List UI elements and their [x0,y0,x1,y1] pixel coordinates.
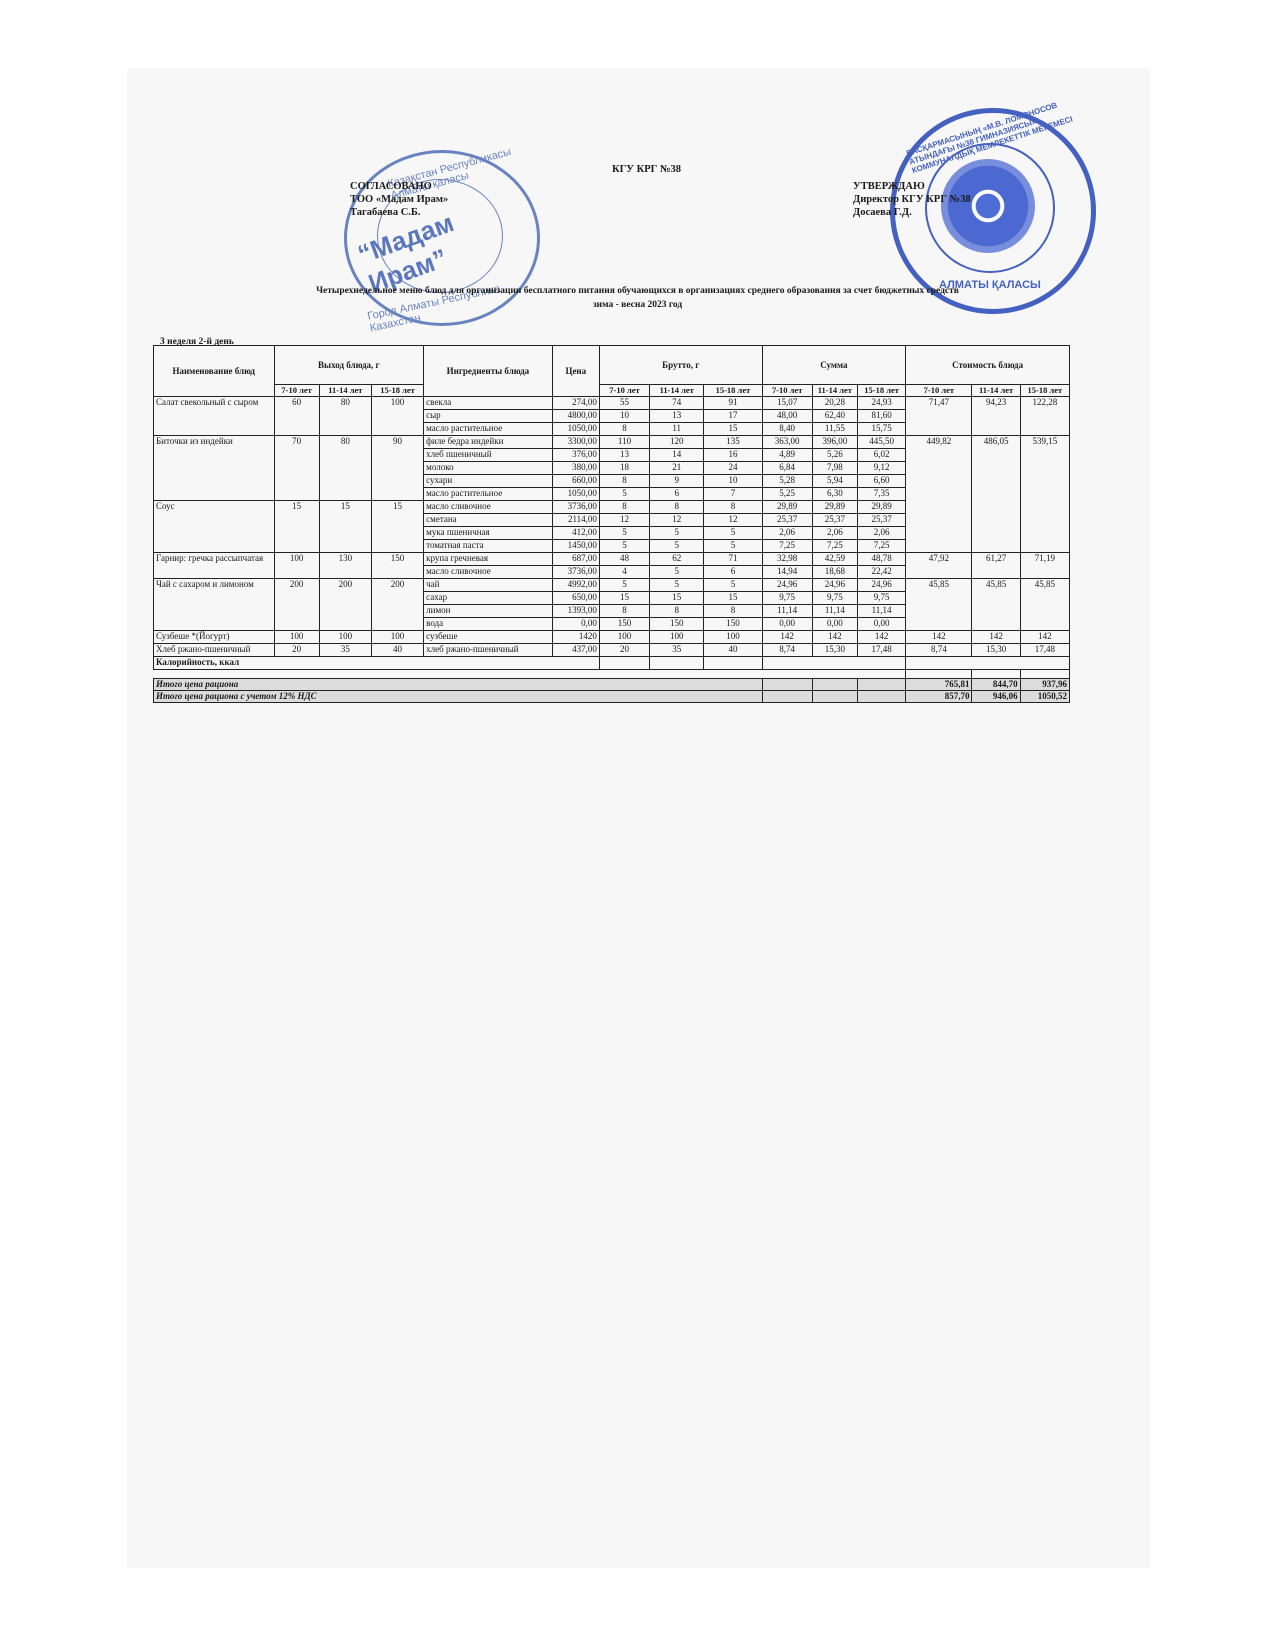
ingredient-brutto: 15 [704,423,762,436]
ingredient-brutto: 120 [650,436,704,449]
spacer-row [154,670,1070,679]
ingredient-sum: 62,40 [812,410,857,423]
ingredient-name: вода [424,618,553,631]
ingredient-sum: 2,06 [812,527,857,540]
ingredient-brutto: 100 [599,631,649,644]
dish-yield: 200 [319,579,371,631]
ingredient-sum: 20,28 [812,397,857,410]
ingredient-price: 1393,00 [552,605,599,618]
ingredient-brutto: 17 [704,410,762,423]
ingredient-price: 0,00 [552,618,599,631]
ingredient-sum: 8,40 [762,423,812,436]
ingredient-name: масло растительное [424,423,553,436]
spacer-cell [154,670,906,679]
table-row: Салат свекольный с сыром6080100свекла274… [154,397,1070,410]
ingredient-name: лимон [424,605,553,618]
ingredient-brutto: 6 [650,488,704,501]
header-sum: Сумма [762,346,906,385]
ingredient-brutto: 12 [650,514,704,527]
total-vat-row-label: Итого цена рациона с учетом 12% НДС [154,691,763,703]
dish-name: Салат свекольный с сыром [154,397,275,436]
header-row: Наименование блюдВыход блюда, гИнгредиен… [154,346,1070,385]
ingredient-sum: 25,37 [857,514,905,527]
ingredient-brutto: 55 [599,397,649,410]
ingredient-price: 274,00 [552,397,599,410]
ingredient-sum: 7,98 [812,462,857,475]
document-title: Четырехнедельное меню блюд для организац… [130,284,1145,312]
ingredient-price: 412,00 [552,527,599,540]
total-row-value: 844,70 [972,679,1020,691]
ingredient-sum: 29,89 [762,501,812,514]
dish-yield: 150 [371,553,423,579]
total-vat-row-empty [857,691,905,703]
ingredient-sum: 32,98 [762,553,812,566]
ingredient-brutto: 100 [704,631,762,644]
ingredient-sum: 14,94 [762,566,812,579]
dish-cost: 71,47 [906,397,972,436]
spacer-cell [972,670,1020,679]
ingredient-sum: 15,30 [812,644,857,657]
dish-yield: 60 [274,397,319,436]
calories-label: Калорийность, ккал [154,657,600,670]
calories-cell [906,657,1070,670]
dish-cost: 45,85 [1020,579,1069,631]
ingredient-sum: 2,06 [762,527,812,540]
ingredient-brutto: 10 [704,475,762,488]
calories-cell [704,657,762,670]
header-cost: Стоимость блюда [906,346,1070,385]
ingredient-brutto: 8 [650,605,704,618]
ingredient-name: свекла [424,397,553,410]
ingredient-sum: 42,59 [812,553,857,566]
header-price: Цена [552,346,599,397]
ingredient-sum: 5,94 [812,475,857,488]
ingredient-brutto: 8 [599,501,649,514]
total-row-label: Итого цена рациона [154,679,763,691]
ingredient-sum: 7,35 [857,488,905,501]
dish-yield: 100 [319,631,371,644]
ingredient-sum: 6,02 [857,449,905,462]
calories-cell [599,657,649,670]
ingredient-brutto: 10 [599,410,649,423]
agreed-label: СОГЛАСОВАНО [350,180,448,193]
total-vat-row-empty [762,691,812,703]
dish-cost: 71,19 [1020,553,1069,579]
dish-name: Чай с сахаром и лимоном [154,579,275,631]
ingredient-sum: 18,68 [812,566,857,579]
ingredient-brutto: 5 [599,540,649,553]
ingredient-sum: 11,14 [762,605,812,618]
header-age: 11-14 лет [319,385,371,397]
ingredient-brutto: 5 [650,527,704,540]
title-line-2: зима - весна 2023 год [130,298,1145,312]
approved-block: УТВЕРЖДАЮ Директор КГУ КРГ №38 Досаева Г… [853,180,971,219]
ingredient-price: 660,00 [552,475,599,488]
dish-cost: 122,28 [1020,397,1069,436]
ingredient-price: 687,00 [552,553,599,566]
ingredient-sum: 0,00 [857,618,905,631]
dish-name: Соус [154,501,275,553]
ingredient-sum: 7,25 [812,540,857,553]
dish-cost: 142 [1020,631,1069,644]
ingredient-brutto: 150 [650,618,704,631]
ingredient-sum: 29,89 [857,501,905,514]
total-row: Итого цена рациона765,81844,70937,96 [154,679,1070,691]
dish-cost: 8,74 [906,644,972,657]
organization-name: КГУ КРГ №38 [612,163,681,176]
header-age: 11-14 лет [812,385,857,397]
header-age: 15-18 лет [371,385,423,397]
ingredient-brutto: 16 [704,449,762,462]
ingredient-sum: 15,75 [857,423,905,436]
approved-position: Директор КГУ КРГ №38 [853,193,971,206]
dish-cost: 94,23 [972,397,1020,436]
ingredient-price: 3736,00 [552,566,599,579]
dish-yield: 100 [371,631,423,644]
ingredient-sum: 25,37 [812,514,857,527]
ingredient-price: 1050,00 [552,488,599,501]
ingredient-sum: 4,89 [762,449,812,462]
table-row: Хлеб ржано-пшеничный203540хлеб ржано-пше… [154,644,1070,657]
dish-yield: 200 [371,579,423,631]
ingredient-sum: 11,55 [812,423,857,436]
total-vat-row-value: 857,70 [906,691,972,703]
ingredient-brutto: 91 [704,397,762,410]
ingredient-sum: 445,50 [857,436,905,449]
total-vat-row-value: 946,06 [972,691,1020,703]
ingredient-sum: 9,12 [857,462,905,475]
ingredient-brutto: 4 [599,566,649,579]
ingredient-name: молоко [424,462,553,475]
ingredient-sum: 24,96 [762,579,812,592]
ingredient-sum: 24,93 [857,397,905,410]
dish-name: Сузбеше *(Йогурт) [154,631,275,644]
ingredient-name: сузбеше [424,631,553,644]
ingredient-sum: 17,48 [857,644,905,657]
ingredient-brutto: 7 [704,488,762,501]
ingredient-brutto: 48 [599,553,649,566]
ingredient-brutto: 5 [599,527,649,540]
header-age: 11-14 лет [650,385,704,397]
dish-cost: 17,48 [1020,644,1069,657]
agreed-block: СОГЛАСОВАНО ТОО «Мадам Ирам» Тагабаева С… [350,180,448,219]
dish-cost: 61,27 [972,553,1020,579]
dish-yield: 20 [274,644,319,657]
ingredient-brutto: 15 [599,592,649,605]
total-row-empty [857,679,905,691]
ingredient-sum: 9,75 [762,592,812,605]
header-age: 7-10 лет [599,385,649,397]
total-row-value: 937,96 [1020,679,1069,691]
spacer-cell [906,670,972,679]
total-vat-row: Итого цена рациона с учетом 12% НДС857,7… [154,691,1070,703]
total-vat-row-value: 1050,52 [1020,691,1069,703]
ingredient-price: 4992,00 [552,579,599,592]
dish-yield: 100 [274,631,319,644]
ingredient-sum: 5,26 [812,449,857,462]
ingredient-brutto: 5 [704,540,762,553]
dish-cost: 45,85 [906,579,972,631]
spacer-cell [1020,670,1069,679]
ingredient-price: 2114,00 [552,514,599,527]
ingredient-brutto: 5 [650,540,704,553]
dish-cost: 15,30 [972,644,1020,657]
ingredient-brutto: 100 [650,631,704,644]
ingredient-sum: 9,75 [812,592,857,605]
dish-yield: 15 [371,501,423,553]
ingredient-sum: 7,25 [857,540,905,553]
header-age: 11-14 лет [972,385,1020,397]
header-age: 15-18 лет [1020,385,1069,397]
dish-cost: 142 [972,631,1020,644]
ingredient-brutto: 13 [650,410,704,423]
ingredient-brutto: 12 [704,514,762,527]
header-age: 7-10 лет [906,385,972,397]
ingredient-price: 650,00 [552,592,599,605]
ingredient-sum: 48,78 [857,553,905,566]
ingredient-brutto: 5 [599,488,649,501]
ingredient-brutto: 14 [650,449,704,462]
ingredient-sum: 6,30 [812,488,857,501]
ingredient-price: 1420 [552,631,599,644]
total-vat-row-empty [812,691,857,703]
dish-cost: 45,85 [972,579,1020,631]
dish-yield: 15 [319,501,371,553]
ingredient-sum: 7,25 [762,540,812,553]
dish-cost: 142 [906,631,972,644]
ingredient-price: 3300,00 [552,436,599,449]
ingredient-brutto: 12 [599,514,649,527]
ingredient-name: филе бедра индейки [424,436,553,449]
dish-cost: 47,92 [906,553,972,579]
ingredient-brutto: 8 [599,475,649,488]
header-ingredients: Ингредиенты блюда [424,346,553,397]
ingredient-sum: 29,89 [812,501,857,514]
ingredient-name: сухари [424,475,553,488]
table-row: Чай с сахаром и лимоном200200200чай4992,… [154,579,1070,592]
header-age: 15-18 лет [857,385,905,397]
total-row-value: 765,81 [906,679,972,691]
title-line-1: Четырехнедельное меню блюд для организац… [130,284,1145,298]
calories-cell [650,657,704,670]
ingredient-brutto: 135 [704,436,762,449]
agreed-person: Тагабаева С.Б. [350,206,448,219]
dish-name: Гарнир: гречка рассыпчатая [154,553,275,579]
ingredient-price: 3736,00 [552,501,599,514]
ingredient-price: 437,00 [552,644,599,657]
calories-cell [762,657,906,670]
ingredient-price: 1050,00 [552,423,599,436]
ingredient-name: масло сливочное [424,501,553,514]
ingredient-brutto: 24 [704,462,762,475]
ingredient-brutto: 15 [650,592,704,605]
ingredient-name: крупа гречневая [424,553,553,566]
ingredient-sum: 11,14 [857,605,905,618]
ingredient-sum: 2,06 [857,527,905,540]
header-age: 7-10 лет [274,385,319,397]
ingredient-brutto: 8 [599,423,649,436]
ingredient-sum: 24,96 [857,579,905,592]
dish-yield: 100 [274,553,319,579]
dish-yield: 80 [319,397,371,436]
header-dish: Наименование блюд [154,346,275,397]
ingredient-brutto: 5 [650,579,704,592]
ingredient-sum: 22,42 [857,566,905,579]
ingredient-name: хлеб пшеничный [424,449,553,462]
menu-table: Наименование блюдВыход блюда, гИнгредиен… [153,345,1070,703]
ingredient-sum: 5,28 [762,475,812,488]
header-yield: Выход блюда, г [274,346,424,385]
ingredient-sum: 6,60 [857,475,905,488]
ingredient-sum: 6,84 [762,462,812,475]
ingredient-brutto: 9 [650,475,704,488]
ingredient-brutto: 74 [650,397,704,410]
ingredient-sum: 0,00 [762,618,812,631]
ingredient-brutto: 5 [704,579,762,592]
table-row: Биточки из индейки708090филе бедра индей… [154,436,1070,449]
dish-name: Хлеб ржано-пшеничный [154,644,275,657]
ingredient-brutto: 11 [650,423,704,436]
dish-cost: 449,82 [906,436,972,553]
ingredient-sum: 142 [812,631,857,644]
agreed-org: ТОО «Мадам Ирам» [350,193,448,206]
ingredient-name: сметана [424,514,553,527]
ingredient-name: чай [424,579,553,592]
approved-person: Досаева Г.Д. [853,206,971,219]
ingredient-brutto: 35 [650,644,704,657]
dish-cost: 486,05 [972,436,1020,553]
dish-yield: 70 [274,436,319,501]
calories-row: Калорийность, ккал [154,657,1070,670]
ingredient-sum: 142 [857,631,905,644]
ingredient-price: 4800,00 [552,410,599,423]
ingredient-sum: 48,00 [762,410,812,423]
ingredient-brutto: 18 [599,462,649,475]
ingredient-brutto: 13 [599,449,649,462]
ingredient-brutto: 21 [650,462,704,475]
dish-yield: 130 [319,553,371,579]
ingredient-name: масло сливочное [424,566,553,579]
ingredient-brutto: 5 [704,527,762,540]
dish-name: Биточки из индейки [154,436,275,501]
dish-yield: 80 [319,436,371,501]
ingredient-price: 376,00 [552,449,599,462]
ingredient-brutto: 5 [650,566,704,579]
ingredient-sum: 24,96 [812,579,857,592]
ingredient-name: сахар [424,592,553,605]
ingredient-price: 1450,00 [552,540,599,553]
ingredient-sum: 0,00 [812,618,857,631]
ingredient-sum: 9,75 [857,592,905,605]
ingredient-sum: 11,14 [812,605,857,618]
dish-yield: 90 [371,436,423,501]
ingredient-sum: 396,00 [812,436,857,449]
ingredient-name: мука пшеничная [424,527,553,540]
ingredient-brutto: 8 [599,605,649,618]
dish-cost: 539,15 [1020,436,1069,553]
ingredient-name: хлеб ржано-пшеничный [424,644,553,657]
ingredient-brutto: 150 [704,618,762,631]
ingredient-brutto: 40 [704,644,762,657]
ingredient-sum: 8,74 [762,644,812,657]
ingredient-brutto: 6 [704,566,762,579]
ingredient-brutto: 15 [704,592,762,605]
total-row-empty [812,679,857,691]
header-age: 15-18 лет [704,385,762,397]
ingredient-brutto: 5 [599,579,649,592]
ingredient-brutto: 71 [704,553,762,566]
ingredient-sum: 15,07 [762,397,812,410]
ingredient-brutto: 20 [599,644,649,657]
ingredient-brutto: 110 [599,436,649,449]
ingredient-name: масло растительное [424,488,553,501]
dish-yield: 40 [371,644,423,657]
approved-label: УТВЕРЖДАЮ [853,180,971,193]
ingredient-brutto: 8 [704,605,762,618]
ingredient-brutto: 8 [704,501,762,514]
ingredient-sum: 5,25 [762,488,812,501]
ingredient-brutto: 62 [650,553,704,566]
ingredient-sum: 142 [762,631,812,644]
table-row: Сузбеше *(Йогурт)100100100сузбеше1420100… [154,631,1070,644]
ingredient-price: 380,00 [552,462,599,475]
ingredient-sum: 25,37 [762,514,812,527]
age-header-row: 7-10 лет11-14 лет15-18 лет7-10 лет11-14 … [154,385,1070,397]
dish-yield: 200 [274,579,319,631]
dish-yield: 35 [319,644,371,657]
ingredient-name: томатная паста [424,540,553,553]
ingredient-name: сыр [424,410,553,423]
header-age: 7-10 лет [762,385,812,397]
total-row-empty [762,679,812,691]
ingredient-brutto: 150 [599,618,649,631]
ingredient-brutto: 8 [650,501,704,514]
ingredient-sum: 81,60 [857,410,905,423]
header-brutto: Брутто, г [599,346,762,385]
dish-yield: 15 [274,501,319,553]
dish-yield: 100 [371,397,423,436]
table-row: Гарнир: гречка рассыпчатая100130150крупа… [154,553,1070,566]
ingredient-sum: 363,00 [762,436,812,449]
